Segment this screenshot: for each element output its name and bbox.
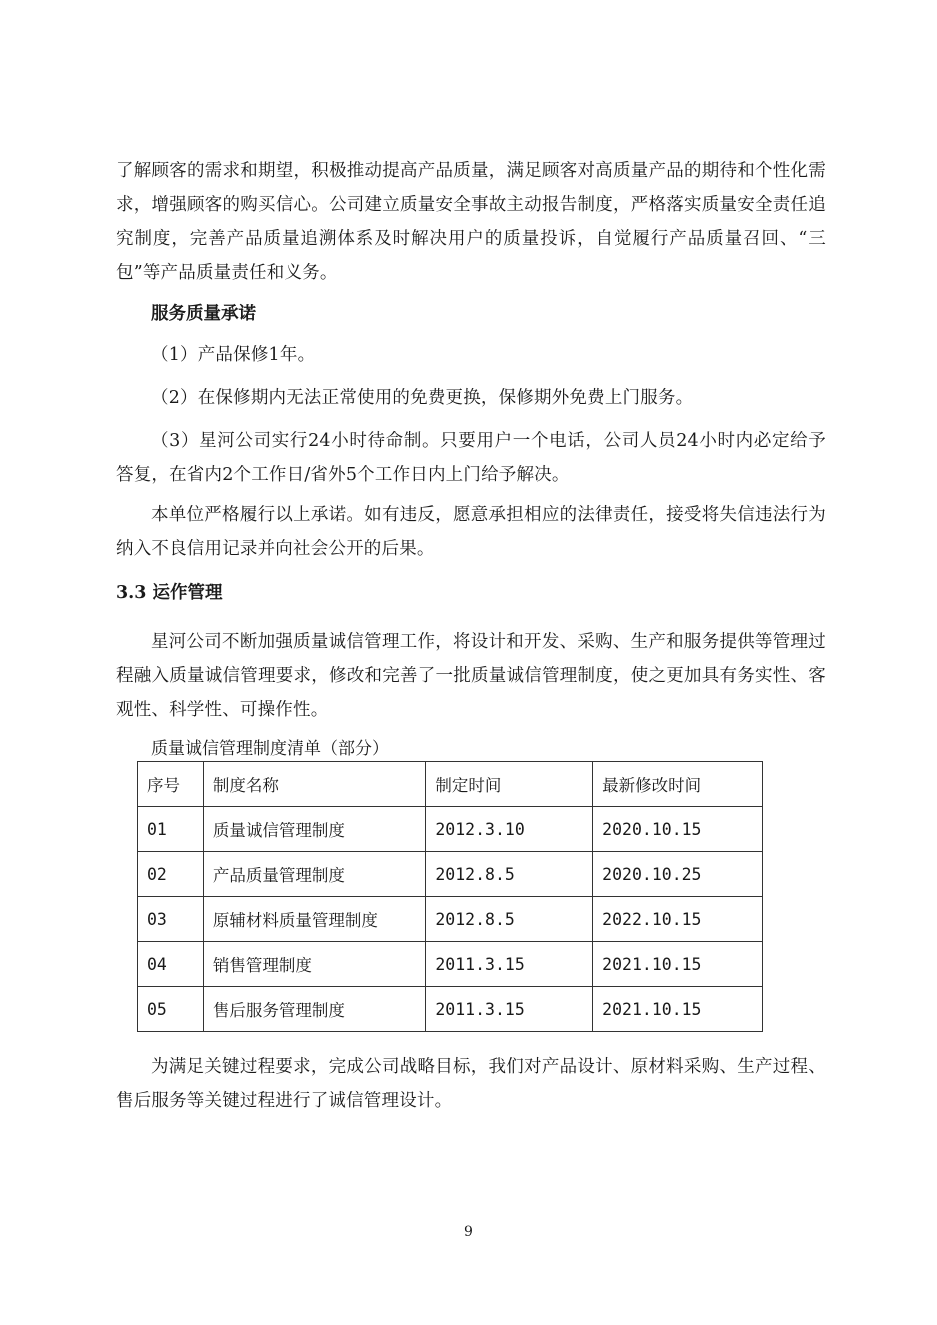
cell-modified-date: 2021.10.15 (593, 942, 763, 987)
cell-created-date: 2012.8.5 (426, 897, 593, 942)
cell-index: 01 (138, 807, 204, 852)
cell-modified-date: 2020.10.25 (593, 852, 763, 897)
header-system-name: 制度名称 (203, 762, 425, 807)
cell-index: 05 (138, 987, 204, 1032)
document-page: 了解顾客的需求和期望，积极推动提高产品质量，满足顾客对高质量产品的期待和个性化需… (0, 0, 937, 1325)
cell-system-name: 销售管理制度 (203, 942, 425, 987)
cell-system-name: 售后服务管理制度 (203, 987, 425, 1032)
commitment-item-1: （1）产品保修1年。 (116, 338, 826, 372)
cell-index: 02 (138, 852, 204, 897)
commitment-statement: 本单位严格履行以上承诺。如有违反，愿意承担相应的法律责任，接受将失信违法行为纳入… (116, 498, 826, 566)
service-quality-heading: 服务质量承诺 (151, 300, 256, 325)
cell-system-name: 产品质量管理制度 (203, 852, 425, 897)
commitment-item-2: （2）在保修期内无法正常使用的免费更换，保修期外免费上门服务。 (116, 381, 826, 415)
closing-paragraph: 为满足关键过程要求，完成公司战略目标，我们对产品设计、原材料采购、生产过程、售后… (116, 1050, 826, 1118)
cell-created-date: 2011.3.15 (426, 987, 593, 1032)
operation-paragraph: 星河公司不断加强质量诚信管理工作，将设计和开发、采购、生产和服务提供等管理过程融… (116, 625, 826, 727)
header-index: 序号 (138, 762, 204, 807)
cell-created-date: 2011.3.15 (426, 942, 593, 987)
table-row: 03 原辅材料质量管理制度 2012.8.5 2022.10.15 (138, 897, 763, 942)
cell-index: 04 (138, 942, 204, 987)
cell-modified-date: 2022.10.15 (593, 897, 763, 942)
table-caption: 质量诚信管理制度清单（部分） (151, 734, 389, 759)
table-row: 02 产品质量管理制度 2012.8.5 2020.10.25 (138, 852, 763, 897)
table-row: 05 售后服务管理制度 2011.3.15 2021.10.15 (138, 987, 763, 1032)
table-row: 04 销售管理制度 2011.3.15 2021.10.15 (138, 942, 763, 987)
section-heading-3-3: 3.3 运作管理 (116, 579, 223, 604)
cell-system-name: 质量诚信管理制度 (203, 807, 425, 852)
header-created-date: 制定时间 (426, 762, 593, 807)
commitment-item-3: （3）星河公司实行24小时待命制。只要用户一个电话，公司人员24小时内必定给予答… (116, 424, 826, 492)
page-number: 9 (0, 1224, 937, 1240)
cell-system-name: 原辅材料质量管理制度 (203, 897, 425, 942)
quality-system-table: 序号 制度名称 制定时间 最新修改时间 01 质量诚信管理制度 2012.3.1… (137, 761, 763, 1032)
cell-index: 03 (138, 897, 204, 942)
cell-modified-date: 2021.10.15 (593, 987, 763, 1032)
cell-created-date: 2012.8.5 (426, 852, 593, 897)
table-header-row: 序号 制度名称 制定时间 最新修改时间 (138, 762, 763, 807)
header-modified-date: 最新修改时间 (593, 762, 763, 807)
cell-created-date: 2012.3.10 (426, 807, 593, 852)
table-row: 01 质量诚信管理制度 2012.3.10 2020.10.15 (138, 807, 763, 852)
intro-paragraph: 了解顾客的需求和期望，积极推动提高产品质量，满足顾客对高质量产品的期待和个性化需… (116, 154, 826, 290)
cell-modified-date: 2020.10.15 (593, 807, 763, 852)
